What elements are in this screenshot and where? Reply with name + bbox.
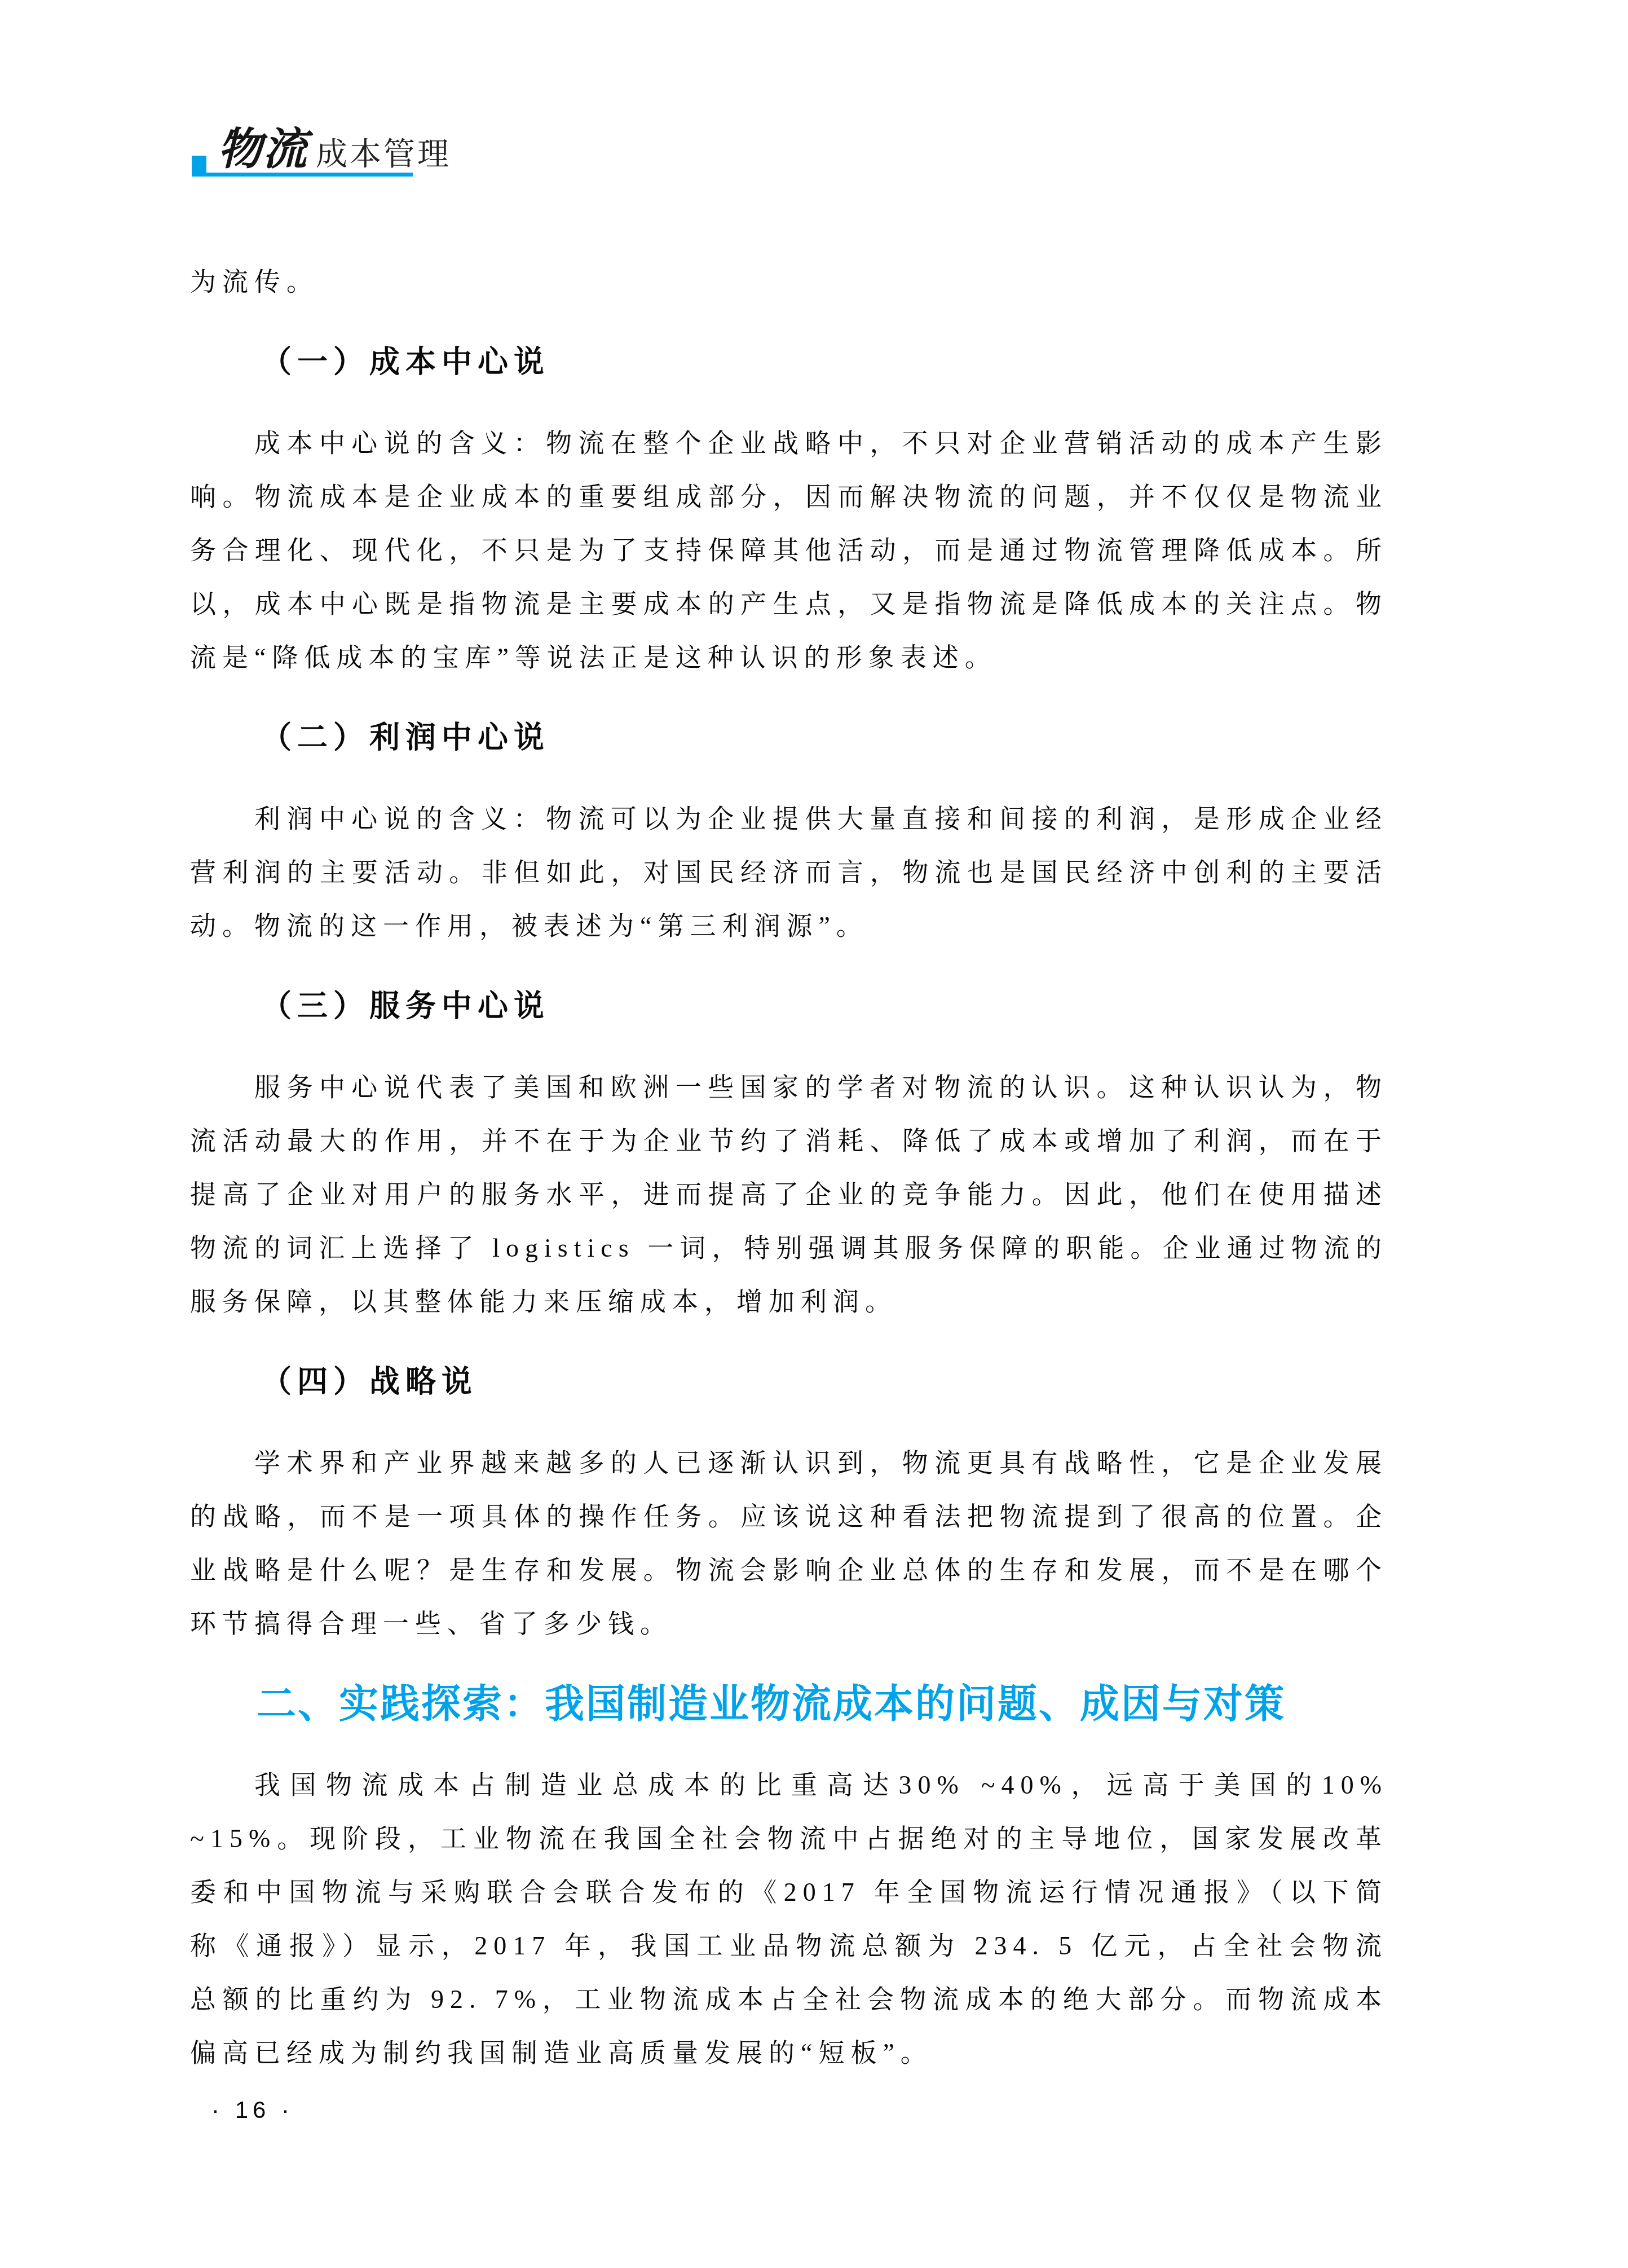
section-paragraph-2: 利润中心说的含义：物流可以为企业提供大量直接和间接的利润，是形成企业经营利润的主… bbox=[190, 792, 1388, 953]
section-heading-2: （二）利润中心说 bbox=[190, 711, 1388, 765]
brand: 物流 成本管理 bbox=[192, 126, 413, 177]
section-paragraph-4: 学术界和产业界越来越多的人已逐渐认识到，物流更具有战略性，它是企业发展的战略，而… bbox=[190, 1436, 1388, 1650]
header-accent-square-icon bbox=[192, 156, 206, 173]
page-number: · 16 · bbox=[211, 2097, 294, 2123]
book-page: 物流 成本管理 为流传。 （一）成本中心说 成本中心说的含义：物流在整个企业战略… bbox=[0, 0, 1628, 2268]
page-body: 为流传。 （一）成本中心说 成本中心说的含义：物流在整个企业战略中，不只对企业营… bbox=[190, 255, 1388, 2080]
brand-title-rest: 成本管理 bbox=[316, 138, 451, 171]
section-heading-1: （一）成本中心说 bbox=[190, 336, 1388, 389]
chapter-heading: 二、实践探索：我国制造业物流成本的问题、成因与对策 bbox=[190, 1677, 1388, 1731]
section-heading-3: （三）服务中心说 bbox=[190, 980, 1388, 1033]
brand-title-script: 物流 bbox=[218, 126, 308, 173]
section-paragraph-1: 成本中心说的含义：物流在整个企业战略中，不只对企业营销活动的成本产生影响。物流成… bbox=[190, 416, 1388, 684]
lead-paragraph: 为流传。 bbox=[190, 255, 1388, 309]
section-heading-4: （四）战略说 bbox=[190, 1355, 1388, 1409]
page-header: 物流 成本管理 bbox=[192, 126, 413, 177]
section-paragraph-3: 服务中心说代表了美国和欧洲一些国家的学者对物流的认识。这种认识认为，物流活动最大… bbox=[190, 1060, 1388, 1328]
chapter-paragraph: 我国物流成本占制造业总成本的比重高达30% ~40%，远高于美国的10% ~15… bbox=[190, 1758, 1388, 2080]
page-footer: · 16 · bbox=[211, 2096, 294, 2124]
